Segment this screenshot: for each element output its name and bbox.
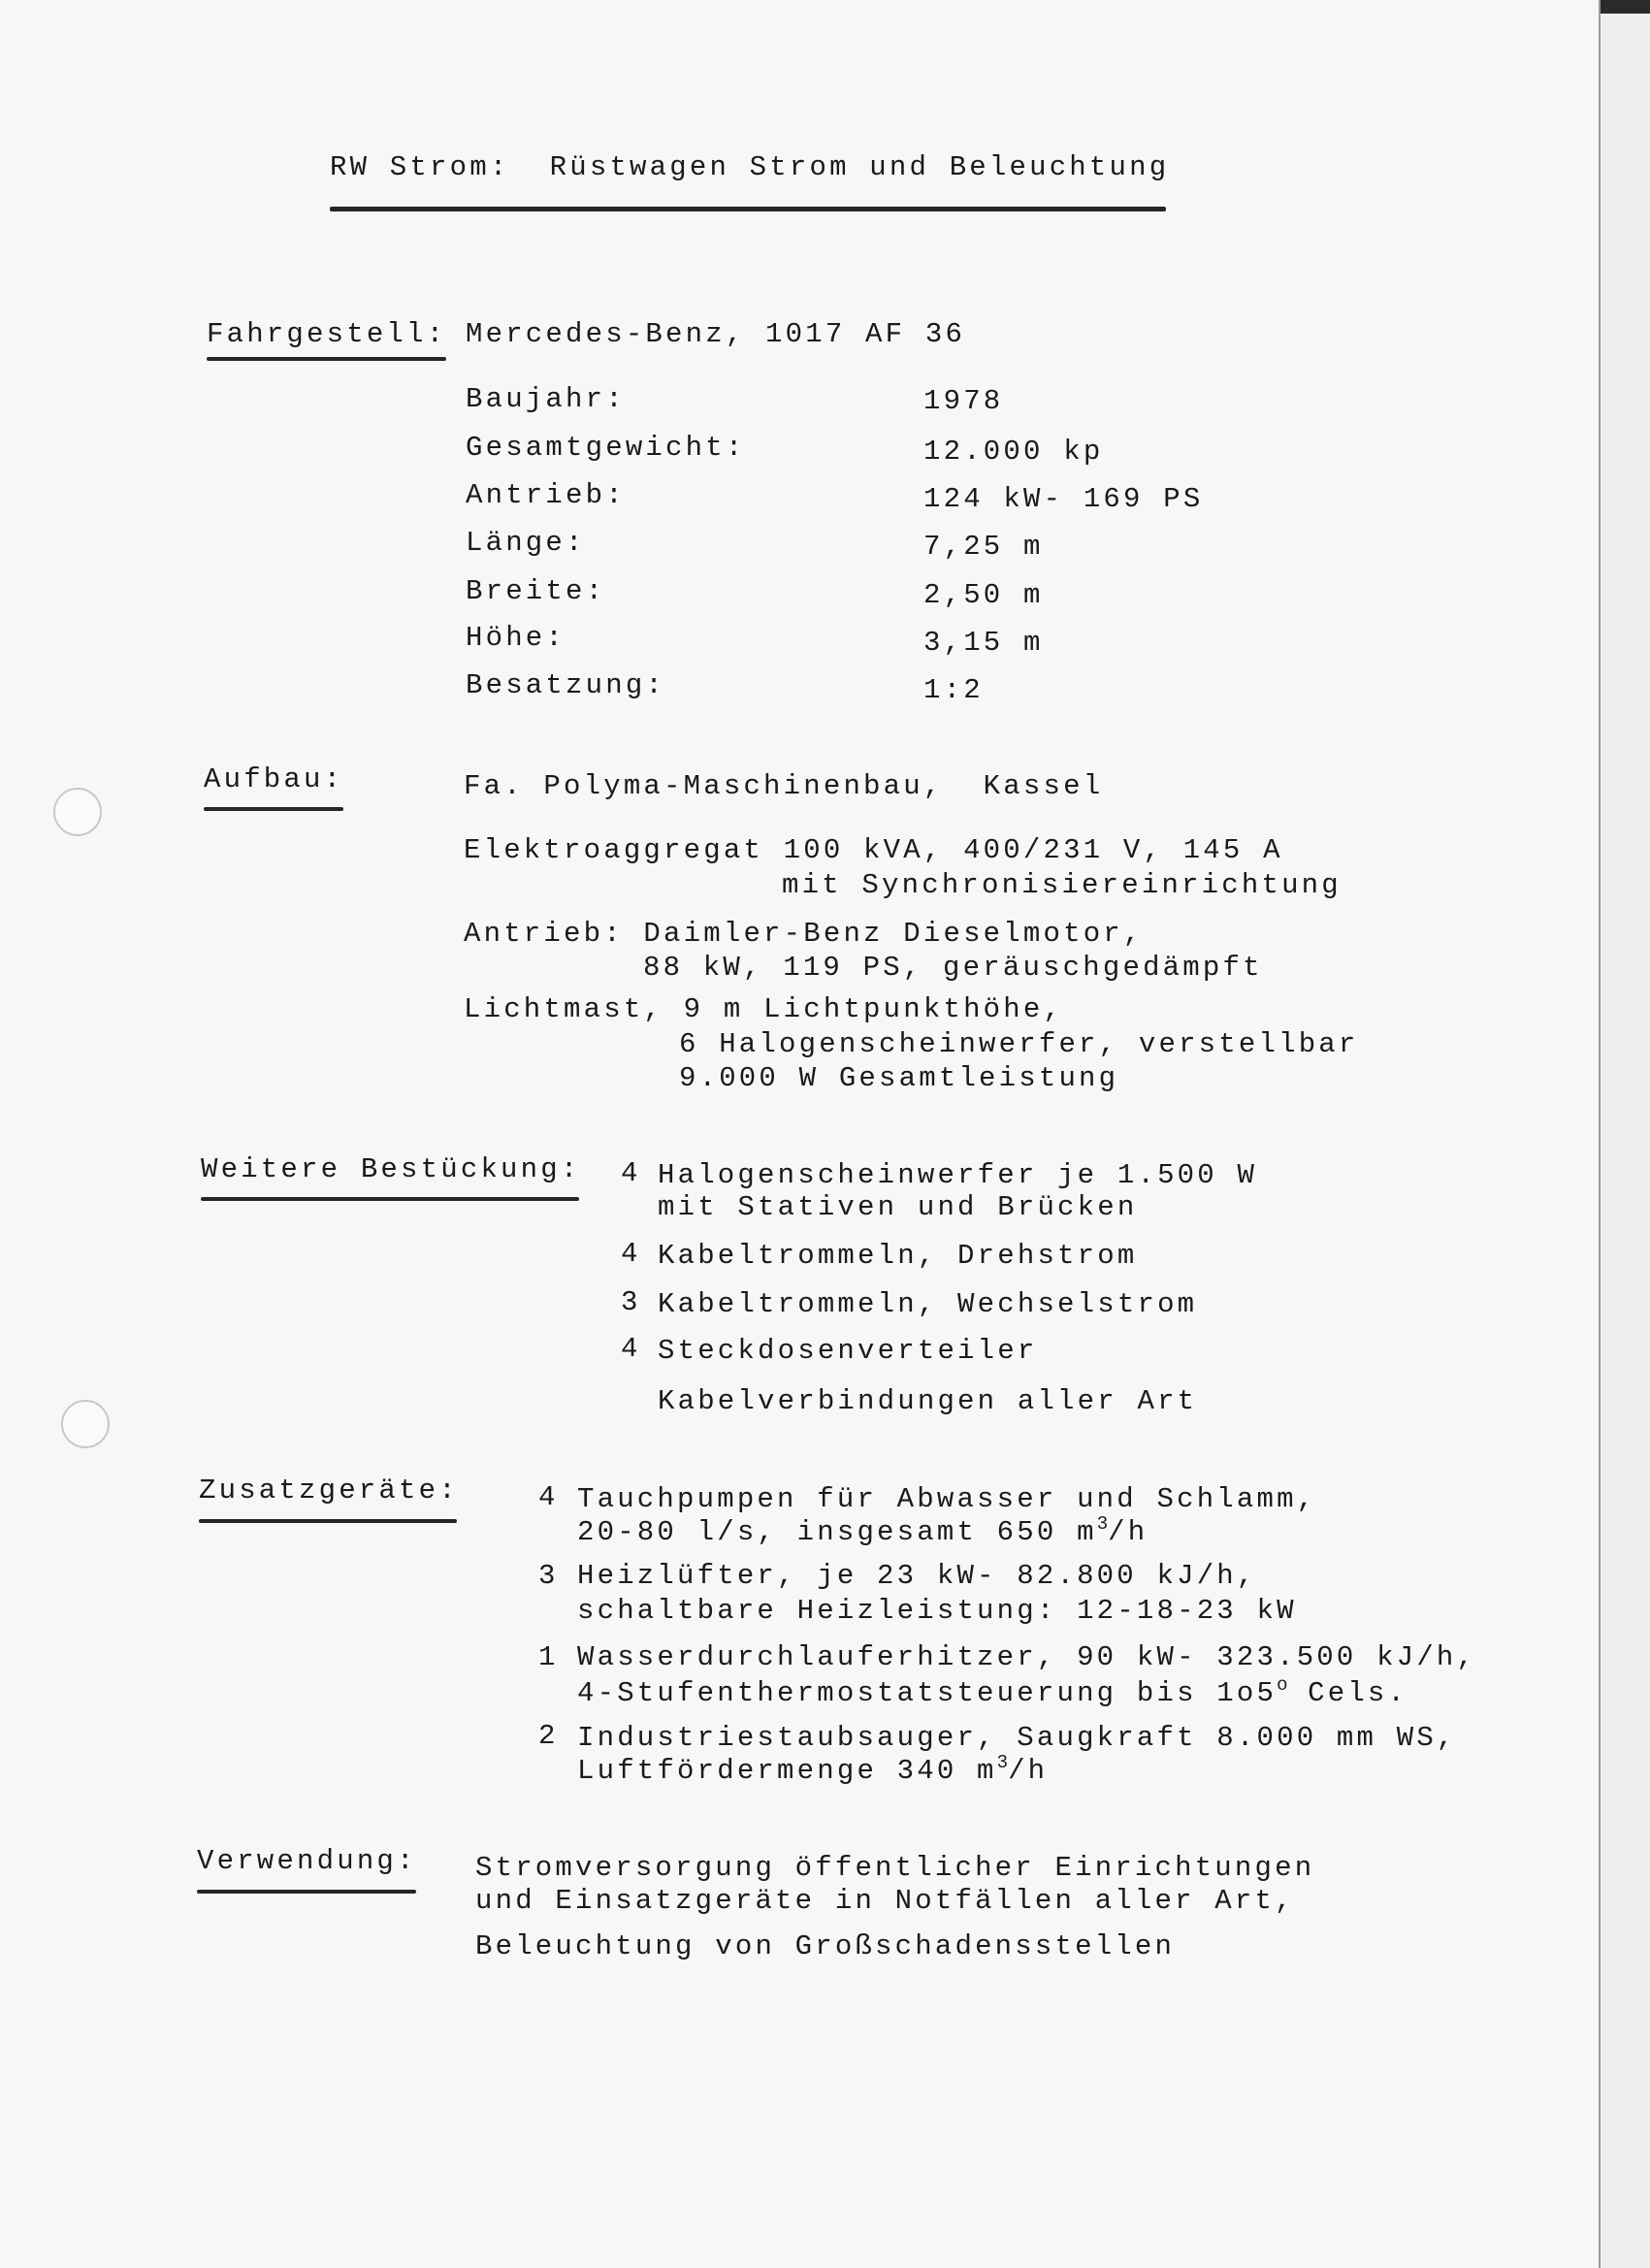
item-qty: 1 [538,1643,559,1671]
scan-background-strip [1601,14,1650,2268]
item-line-1: Industriestaubsauger, Saugkraft 8.000 mm… [577,1724,1457,1752]
section-label-verwendung: Verwendung: [197,1847,417,1875]
section-label-weitere-bestueckung: Weitere Bestückung: [201,1155,580,1183]
item-line-1: Wasserdurchlauferhitzer, 90 kW- 323.500 … [577,1643,1476,1671]
section-label-aufbau: Aufbau: [204,765,343,794]
item-qty: 4 [538,1483,559,1511]
item-line: Halogenscheinwerfer je 1.500 W [658,1161,1257,1189]
item-line-1: Tauchpumpen für Abwasser und Schlamm, [577,1485,1316,1513]
lichtmast-line-2: 6 Halogenscheinwerfer, verstellbar [679,1030,1359,1058]
item-qty: 4 [621,1159,641,1187]
spec-key: Breite: [466,577,605,605]
item-line: Kabelverbindungen aller Art [658,1387,1197,1415]
punch-hole-top [53,788,102,836]
scan-edge-shadow [1601,0,1650,14]
verwendung-line-2: und Einsatzgeräte in Notfällen aller Art… [475,1887,1295,1915]
spec-key: Gesamtgewicht: [466,434,745,462]
verwendung-line-1: Stromversorgung öffentlicher Einrichtung… [475,1854,1314,1882]
item-line: Kabeltrommeln, Wechselstrom [658,1290,1197,1318]
spec-key: Höhe: [466,624,566,652]
spec-key: Antrieb: [466,481,626,509]
item-line: Kabeltrommeln, Drehstrom [658,1242,1137,1270]
item-qty: 2 [538,1722,559,1750]
lichtmast-line-1: Lichtmast, 9 m Lichtpunkthöhe, [464,995,1063,1023]
item-qty: 4 [621,1335,641,1363]
title-underline [330,207,1166,211]
item-qty: 4 [621,1240,641,1268]
spec-value: 1:2 [923,676,984,704]
item-line-2: schaltbare Heizleistung: 12-18-23 kW [577,1594,1297,1625]
item-line-2: Luftfördermenge 340 m3/h [577,1754,1048,1785]
item-line-1: Heizlüfter, je 23 kW- 82.800 kJ/h, [577,1562,1257,1590]
weitere-bestueckung-underline [201,1197,579,1201]
spec-value: 2,50 m [923,581,1044,609]
spec-key: Baujahr: [466,385,626,413]
verwendung-underline [197,1890,416,1894]
elektroaggregat-line-2: mit Synchronisiereinrichtung [782,871,1342,899]
item-qty: 3 [621,1288,641,1316]
document-title: RW Strom: Rüstwagen Strom und Beleuchtun… [330,153,1169,181]
spec-value: 1978 [923,387,1003,415]
spec-value: 7,25 m [923,533,1044,561]
spec-key: Besatzung: [466,671,665,699]
document-page: RW Strom: Rüstwagen Strom und Beleuchtun… [0,0,1601,2268]
fahrgestell-underline [207,357,446,361]
aufbau-antrieb-line-1: Antrieb: Daimler-Benz Dieselmotor, [464,920,1144,948]
item-line-2: 20-80 l/s, insgesamt 650 m3/h [577,1515,1148,1546]
elektroaggregat-line-1: Elektroaggregat 100 kVA, 400/231 V, 145 … [464,836,1283,864]
punch-hole-bottom [61,1400,110,1448]
item-line: Steckdosenverteiler [658,1337,1037,1365]
spec-key: Länge: [466,529,586,557]
verwendung-line-3: Beleuchtung von Großschadensstellen [475,1932,1175,1960]
item-line: mit Stativen und Brücken [658,1193,1137,1221]
aufbau-underline [204,807,343,811]
zusatzgeraete-underline [199,1519,457,1523]
item-qty: 3 [538,1562,559,1590]
lichtmast-line-3: 9.000 W Gesamtleistung [679,1064,1118,1092]
spec-value: 12.000 kp [923,437,1103,466]
aufbau-manufacturer: Fa. Polyma-Maschinenbau, Kassel [464,772,1103,800]
section-label-zusatzgeraete: Zusatzgeräte: [199,1476,459,1505]
item-line-2: 4-Stufenthermostatsteuerung bis 1o5o Cel… [577,1676,1407,1707]
spec-value: 3,15 m [923,629,1044,657]
spec-value: 124 kW- 169 PS [923,485,1203,513]
fahrgestell-value: Mercedes-Benz, 1017 AF 36 [466,320,965,348]
section-label-fahrgestell: Fahrgestell: [207,320,446,348]
aufbau-antrieb-line-2: 88 kW, 119 PS, geräuschgedämpft [643,954,1263,982]
